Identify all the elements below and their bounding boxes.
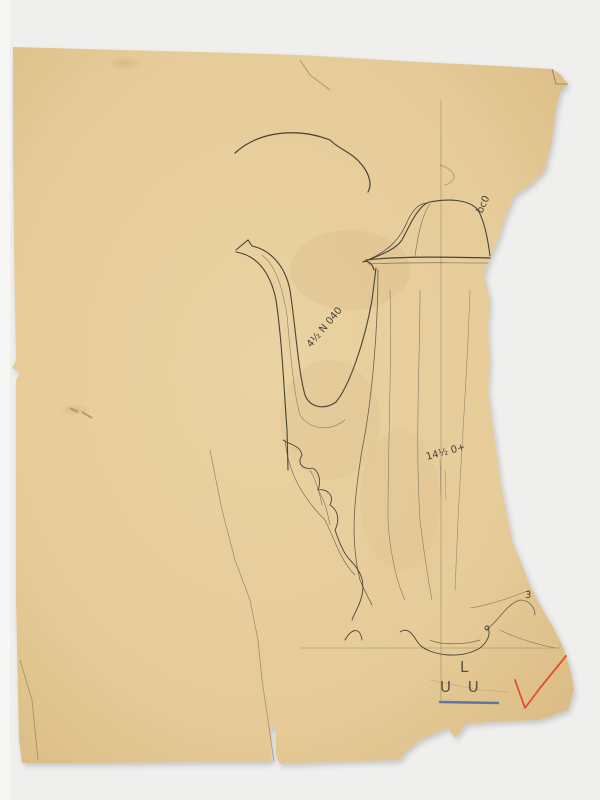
artwork-canvas: 4½ N 040 bc0 14½ 0+ 3 L U U	[0, 0, 600, 800]
check-top-annotation: L	[460, 658, 469, 676]
base-annotation: 3	[525, 590, 531, 601]
check-bottom-annotation: U U	[440, 678, 485, 696]
blue-underline	[440, 702, 498, 703]
